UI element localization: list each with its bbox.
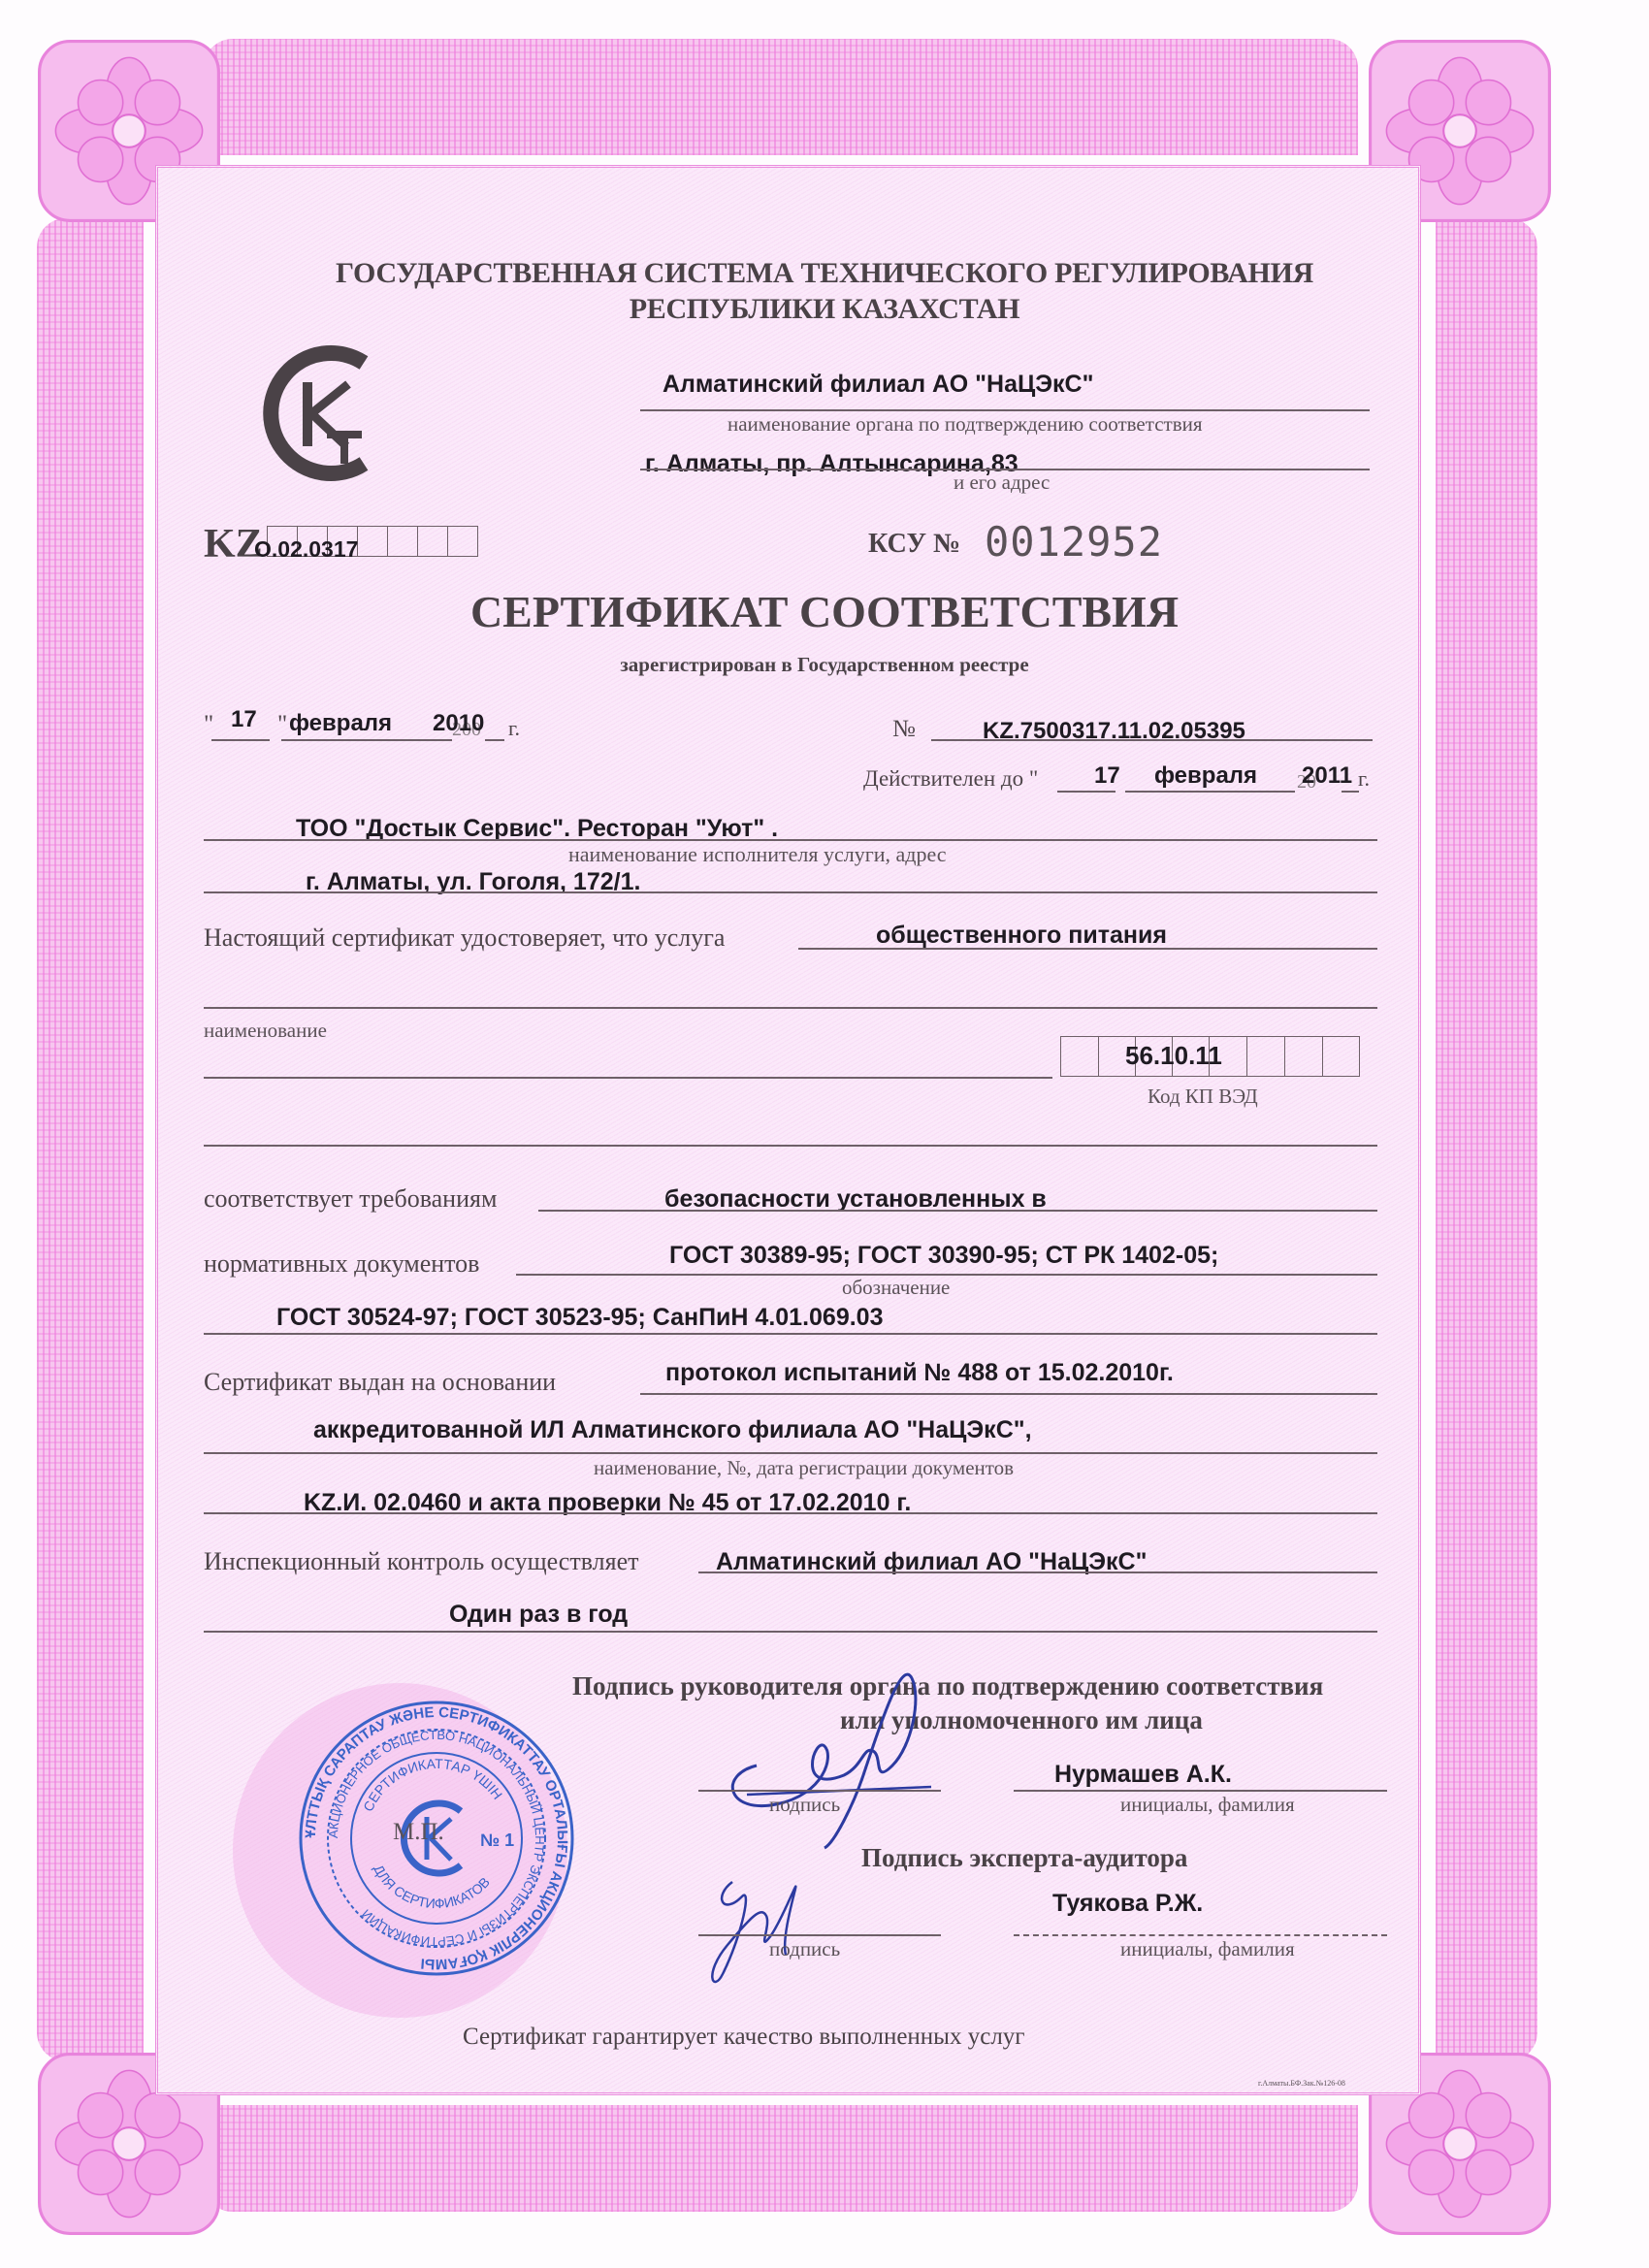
code-cell xyxy=(417,526,448,557)
issue-day: 17 xyxy=(231,706,257,733)
header-line-1: ГОСУДАРСТВЕННАЯ СИСТЕМА ТЕХНИЧЕСКОГО РЕГ… xyxy=(0,257,1649,290)
divider xyxy=(640,409,1370,411)
head-name: Нурмашев А.К. xyxy=(1054,1761,1232,1789)
divider xyxy=(204,1333,1377,1335)
border-right-pattern xyxy=(1436,218,1537,2061)
code-cell xyxy=(1246,1036,1285,1077)
certification-body-name: Алматинский филиал АО "НаЦЭкС" xyxy=(663,371,1093,399)
divider xyxy=(204,839,1377,841)
normative-docs-line-1: ГОСТ 30389-95; ГОСТ 30390-95; СТ РК 1402… xyxy=(669,1242,1218,1270)
code-cell xyxy=(357,526,388,557)
issue-year-suffix: г. xyxy=(508,716,520,741)
divider xyxy=(204,1512,1377,1514)
divider xyxy=(204,1452,1377,1454)
certificate-page: ГОСУДАРСТВЕННАЯ СИСТЕМА ТЕХНИЧЕСКОГО РЕГ… xyxy=(0,0,1649,2268)
divider xyxy=(211,739,270,741)
name-caption: инициалы, фамилия xyxy=(1120,1937,1295,1961)
service-label: Настоящий сертификат удостоверяет, что у… xyxy=(204,923,725,953)
basis-line-2: аккредитованной ИЛ Алматинского филиала … xyxy=(313,1416,1032,1444)
close-quote: " xyxy=(277,711,287,738)
divider xyxy=(1342,791,1359,793)
register-number-label: № xyxy=(892,716,916,743)
divider xyxy=(538,1210,1377,1212)
kp-ved-caption: Код КП ВЭД xyxy=(1148,1085,1258,1109)
print-info: г.Алматы.БФ.Зак.№126-08 xyxy=(1258,2079,1345,2088)
code-cell xyxy=(447,526,478,557)
divider xyxy=(204,891,1377,893)
divider xyxy=(1014,1934,1387,1936)
divider xyxy=(204,1007,1377,1009)
border-bottom-pattern xyxy=(204,2105,1358,2212)
seal-place-label: М.П. xyxy=(393,1819,444,1846)
valid-until-label: Действителен до " xyxy=(863,766,1038,792)
kst-conformity-mark-icon xyxy=(257,341,383,485)
inspection-label: Инспекционный контроль осуществляет xyxy=(204,1547,638,1576)
divider xyxy=(640,1393,1377,1395)
provider-caption: наименование исполнителя услуги, адрес xyxy=(568,842,947,867)
divider xyxy=(1014,1790,1387,1792)
basis-label: Сертификат выдан на основании xyxy=(204,1368,556,1397)
divider xyxy=(1125,791,1295,793)
divider xyxy=(698,1571,1377,1573)
code-cell xyxy=(1322,1036,1360,1077)
expert-signature-title: Подпись эксперта-аудитора xyxy=(861,1843,1187,1873)
divider xyxy=(1057,791,1115,793)
issue-year: 2010 xyxy=(433,710,484,737)
address-caption: и его адрес xyxy=(954,470,1050,495)
certificate-title: СЕРТИФИКАТ СООТВЕТСТВИЯ xyxy=(0,586,1649,637)
kp-ved-code: 56.10.11 xyxy=(1125,1041,1222,1071)
form-number: 0012952 xyxy=(985,518,1163,566)
divider xyxy=(698,1934,941,1936)
border-top-pattern xyxy=(204,39,1358,155)
service-name-caption: наименование xyxy=(204,1019,327,1043)
divider xyxy=(204,1631,1377,1633)
certificate-subtitle: зарегистрирован в Государственном реестр… xyxy=(0,653,1649,677)
divider xyxy=(204,1077,1052,1079)
divider xyxy=(931,739,1373,741)
issue-month: февраля xyxy=(289,710,392,737)
valid-month: февраля xyxy=(1154,762,1257,790)
form-label: КСУ № xyxy=(868,529,960,560)
service-value: общественного питания xyxy=(876,922,1167,950)
svg-text:№ 1: № 1 xyxy=(480,1831,514,1850)
signature-caption: подпись xyxy=(769,1937,840,1961)
valid-year-suffix: г. xyxy=(1358,766,1370,792)
code-cell xyxy=(1284,1036,1323,1077)
normative-docs-line-2: ГОСТ 30524-97; ГОСТ 30523-95; СанПиН 4.0… xyxy=(276,1304,884,1332)
signature-caption: подпись xyxy=(769,1793,840,1817)
divider xyxy=(485,739,504,741)
border-left-pattern xyxy=(37,218,144,2061)
divider xyxy=(798,948,1377,950)
head-signature-icon xyxy=(718,1659,970,1853)
divider xyxy=(204,1145,1377,1147)
expert-signature-icon xyxy=(674,1858,849,1998)
expert-name: Туякова Р.Ж. xyxy=(1052,1890,1203,1918)
normative-docs-label: нормативных документов xyxy=(204,1249,479,1279)
name-caption: инициалы, фамилия xyxy=(1120,1793,1295,1817)
kz-code: О.02.0317 xyxy=(254,536,358,563)
normative-docs-caption: обозначение xyxy=(842,1276,950,1300)
header-line-2: РЕСПУБЛИКИ КАЗАХСТАН xyxy=(0,293,1649,326)
compliance-label: соответствует требованиям xyxy=(204,1184,497,1214)
divider xyxy=(281,739,452,741)
inspection-frequency: Один раз в год xyxy=(449,1601,628,1629)
code-cell xyxy=(387,526,418,557)
valid-day: 17 xyxy=(1094,762,1120,790)
guarantee-text: Сертификат гарантирует качество выполнен… xyxy=(463,2024,1025,2051)
certification-body-caption: наименование органа по подтверждению соо… xyxy=(727,412,1203,437)
code-cell xyxy=(1060,1036,1099,1077)
basis-caption: наименование, №, дата регистрации докуме… xyxy=(594,1456,1014,1480)
divider xyxy=(698,1790,941,1792)
valid-year: 2011 xyxy=(1302,762,1352,790)
open-quote: " xyxy=(204,711,213,738)
basis-line-1: протокол испытаний № 488 от 15.02.2010г. xyxy=(665,1359,1174,1387)
